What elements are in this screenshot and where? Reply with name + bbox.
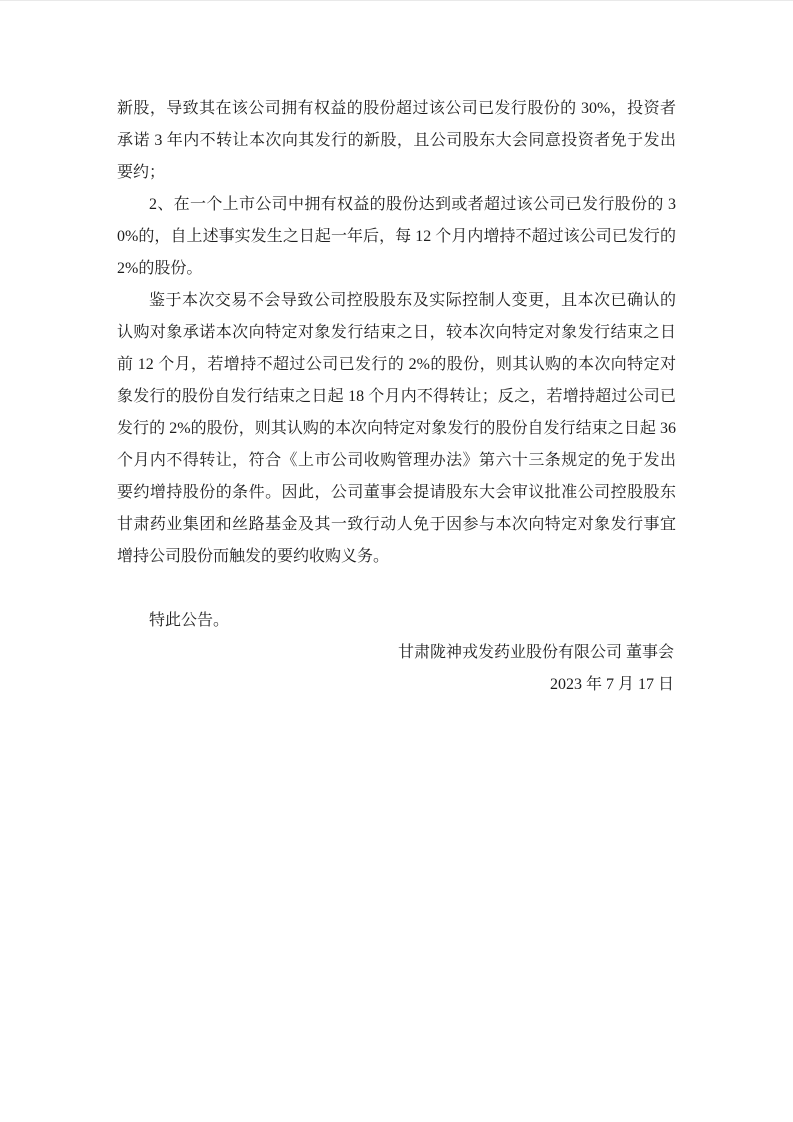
document-page: 新股，导致其在该公司拥有权益的股份超过该公司已发行股份的 30%，投资者承诺 3…	[0, 0, 793, 1122]
signature-company: 甘肃陇神戎发药业股份有限公司 董事会	[117, 637, 676, 669]
body-paragraph-continuation: 新股，导致其在该公司拥有权益的股份超过该公司已发行股份的 30%，投资者承诺 3…	[117, 93, 676, 189]
body-paragraph-conclusion: 鉴于本次交易不会导致公司控股股东及实际控制人变更，且本次已确认的认购对象承诺本次…	[117, 285, 676, 573]
closing-statement: 特此公告。	[117, 605, 676, 637]
document-body: 新股，导致其在该公司拥有权益的股份超过该公司已发行股份的 30%，投资者承诺 3…	[117, 93, 676, 701]
body-paragraph-item-2: 2、在一个上市公司中拥有权益的股份达到或者超过该公司已发行股份的 30%的，自上…	[117, 189, 676, 285]
signature-date: 2023 年 7 月 17 日	[117, 669, 676, 701]
